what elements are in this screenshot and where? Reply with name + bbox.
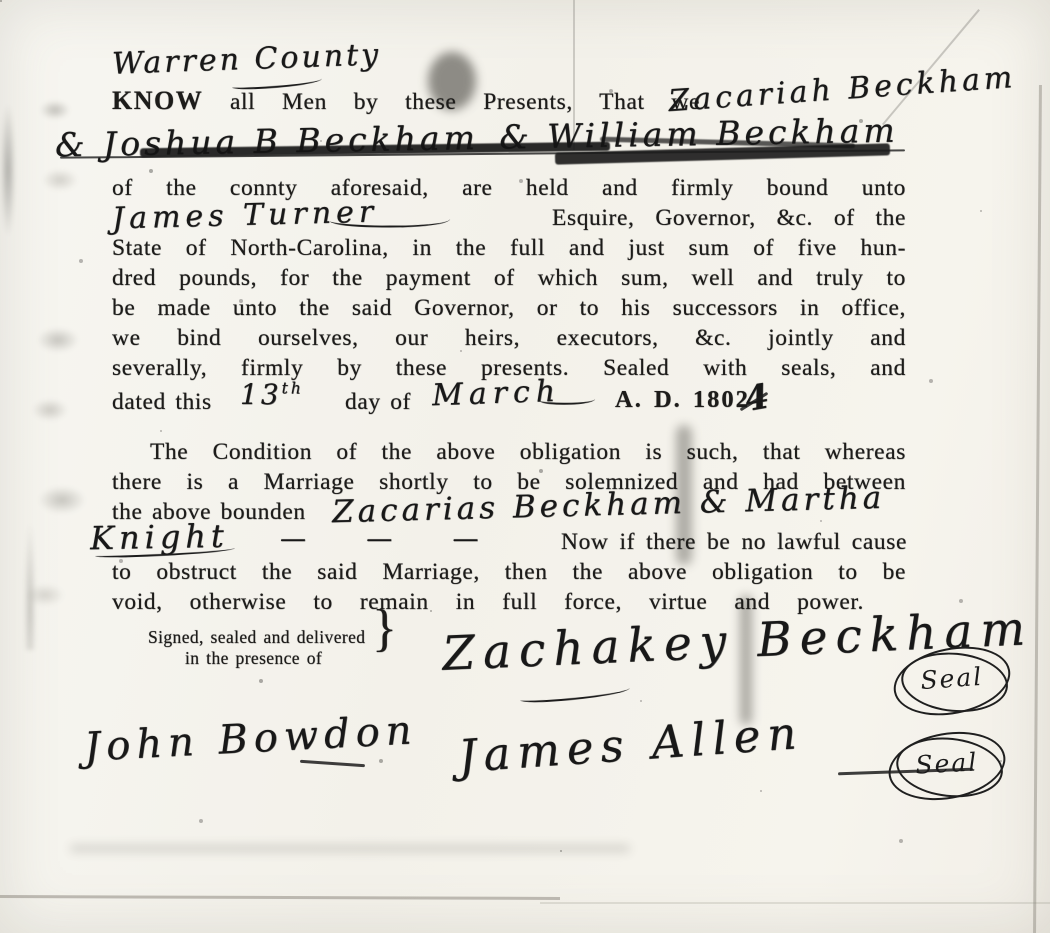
condition-line: Now if there be no lawful cause: [561, 527, 907, 557]
seal-text: Seal: [887, 746, 1006, 781]
dash-flourish: — — —: [280, 524, 505, 554]
brace-glyph: }: [372, 614, 398, 644]
opening-caps: KNOW: [112, 86, 203, 115]
day-suffix: th: [282, 380, 304, 398]
condition-line: to obstruct the said Marriage, then the …: [112, 557, 906, 587]
handwritten-day: 13th: [240, 378, 304, 411]
year-printed: A. D. 1802: [615, 385, 750, 415]
scan-edge-bottom: [540, 902, 1050, 904]
body-line: we bind ourselves, our heirs, executors,…: [112, 323, 906, 353]
attestation-line-2: in the presence of: [185, 647, 322, 669]
date-prefix: dated this: [112, 387, 212, 417]
bottom-smudge: [70, 845, 630, 852]
opening-printed-rest: all Men by these Presents, That we: [230, 89, 700, 115]
seal-stamp: Seal: [891, 644, 1013, 718]
opening-line: KNOW all Men by these Presents, That we: [112, 86, 700, 117]
body-line: Esquire, Governor, &c. of the: [552, 203, 906, 233]
scanned-document: Warren County KNOW all Men by these Pres…: [0, 0, 1050, 933]
seal-stamp: Seal: [886, 730, 1007, 802]
condition-line: The Condition of the above obligation is…: [112, 437, 906, 467]
body-line: be made unto the said Governor, or to hi…: [112, 293, 906, 323]
body-line: State of North-Carolina, in the full and…: [112, 233, 906, 263]
body-line: dred pounds, for the payment of which su…: [112, 263, 906, 293]
day-number: 13: [240, 378, 282, 411]
ink-speckles: [0, 0, 2, 2]
year-prefix: A. D. 180: [615, 386, 736, 413]
attestation-line-1: Signed, sealed and delivered: [148, 626, 365, 648]
date-mid: day of: [345, 387, 411, 417]
